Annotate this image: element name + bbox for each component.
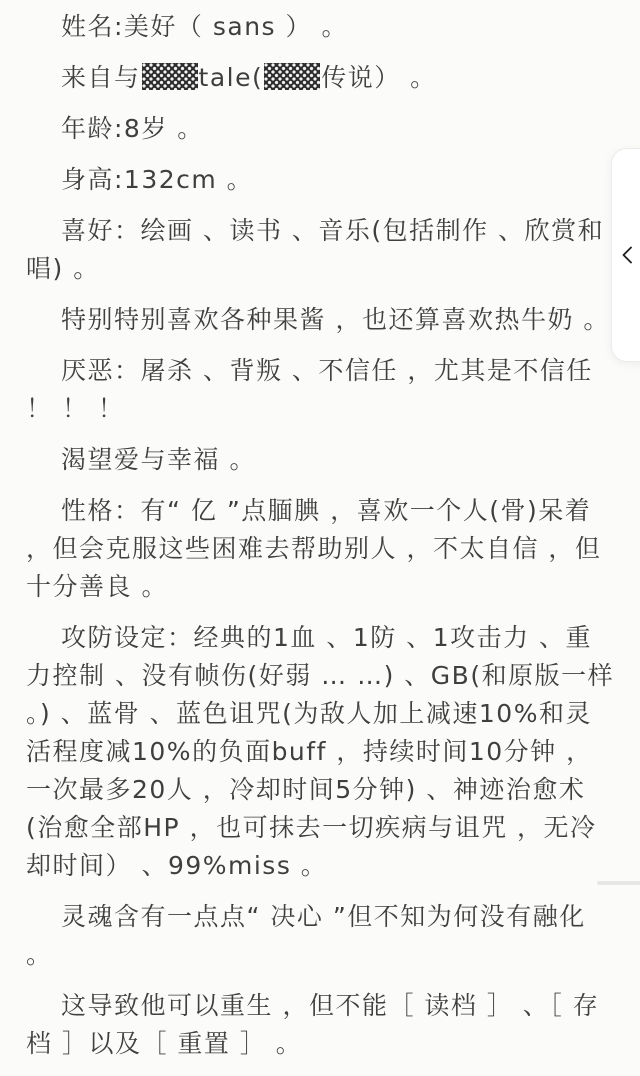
origin-text-mid: tale( [199,63,264,92]
paragraph-soul: 灵魂含有一点点“ 决心 ”但不知为何没有融化 。 [26,898,616,974]
chevron-left-icon[interactable] [620,245,634,265]
paragraph-desire: 渴望爱与幸福 。 [26,441,616,479]
document-page: 姓名:美好（ sans ） 。 来自与tale(传说） 。 年龄:8岁 。 身高… [0,0,640,1038]
paragraph-likes: 喜好：绘画 、读书 、音乐(包括制作 、欣赏和唱) 。 [26,212,616,288]
origin-text-pre: 来自与 [61,63,141,92]
paragraph-rebirth: 这导致他可以重生 ，但不能［ 读档 ］ 、［ 存档 ］以及［ 重置 ］ 。 [26,987,616,1038]
mosaic-censor-block-icon [264,63,320,90]
paragraph-age: 年龄:8岁 。 [26,110,616,148]
collapse-side-panel[interactable] [611,148,640,362]
origin-text-post: 传说） 。 [321,63,436,92]
paragraph-personality: 性格：有“ 亿 ”点腼腆 ，喜欢一个人(骨)呆着 ，但会克服这些困难去帮助别人 … [26,492,616,606]
paragraph-favorites: 特别特别喜欢各种果酱 ，也还算喜欢热牛奶 。 [26,301,616,339]
mosaic-censor-block-icon [142,63,198,90]
paragraph-name: 姓名:美好（ sans ） 。 [26,8,616,46]
paragraph-combat-stats: 攻防设定：经典的1血 、1防 、1攻击力 、重力控制 、没有帧伤(好弱 … …)… [26,619,616,885]
paragraph-dislikes: 厌恶：屠杀 、背叛 、不信任 ，尤其是不信任 ！ ！ ！ [26,352,616,428]
edge-divider [597,881,640,885]
paragraph-height: 身高:132cm 。 [26,161,616,199]
paragraph-origin: 来自与tale(传说） 。 [26,59,616,97]
